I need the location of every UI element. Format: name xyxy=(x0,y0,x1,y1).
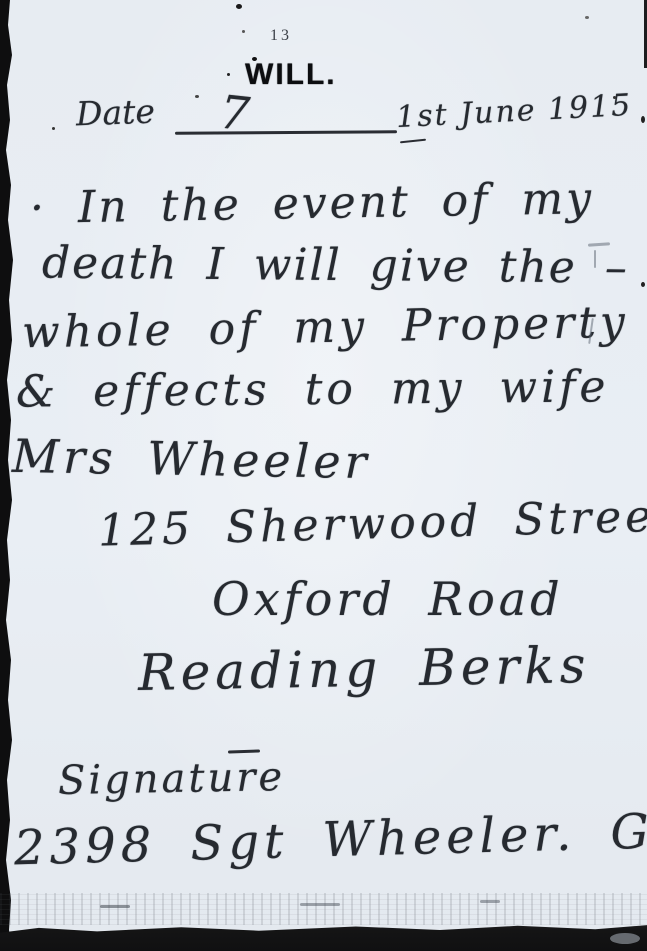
scan-grain-strip xyxy=(0,893,647,925)
handwritten-line: whole of my Property xyxy=(22,297,630,359)
handwritten-line: & effects to my wife xyxy=(16,361,610,417)
handwritten-line: · In the event of my xyxy=(30,173,595,234)
page-title: WILL. xyxy=(245,58,337,92)
page-number: 13 xyxy=(270,27,292,45)
scanned-will-page: { "document": { "page_number": "13", "ti… xyxy=(0,0,647,951)
handwritten-line: Reading Berks xyxy=(138,636,591,702)
signature-label: Signature xyxy=(58,754,286,804)
handwritten-line: Mrs Wheeler xyxy=(12,429,371,489)
handwritten-line: Oxford Road xyxy=(212,572,564,626)
scan-smudge xyxy=(610,933,640,944)
date-label: Date xyxy=(75,92,155,134)
handwritten-line: death I will give the – xyxy=(42,237,629,293)
